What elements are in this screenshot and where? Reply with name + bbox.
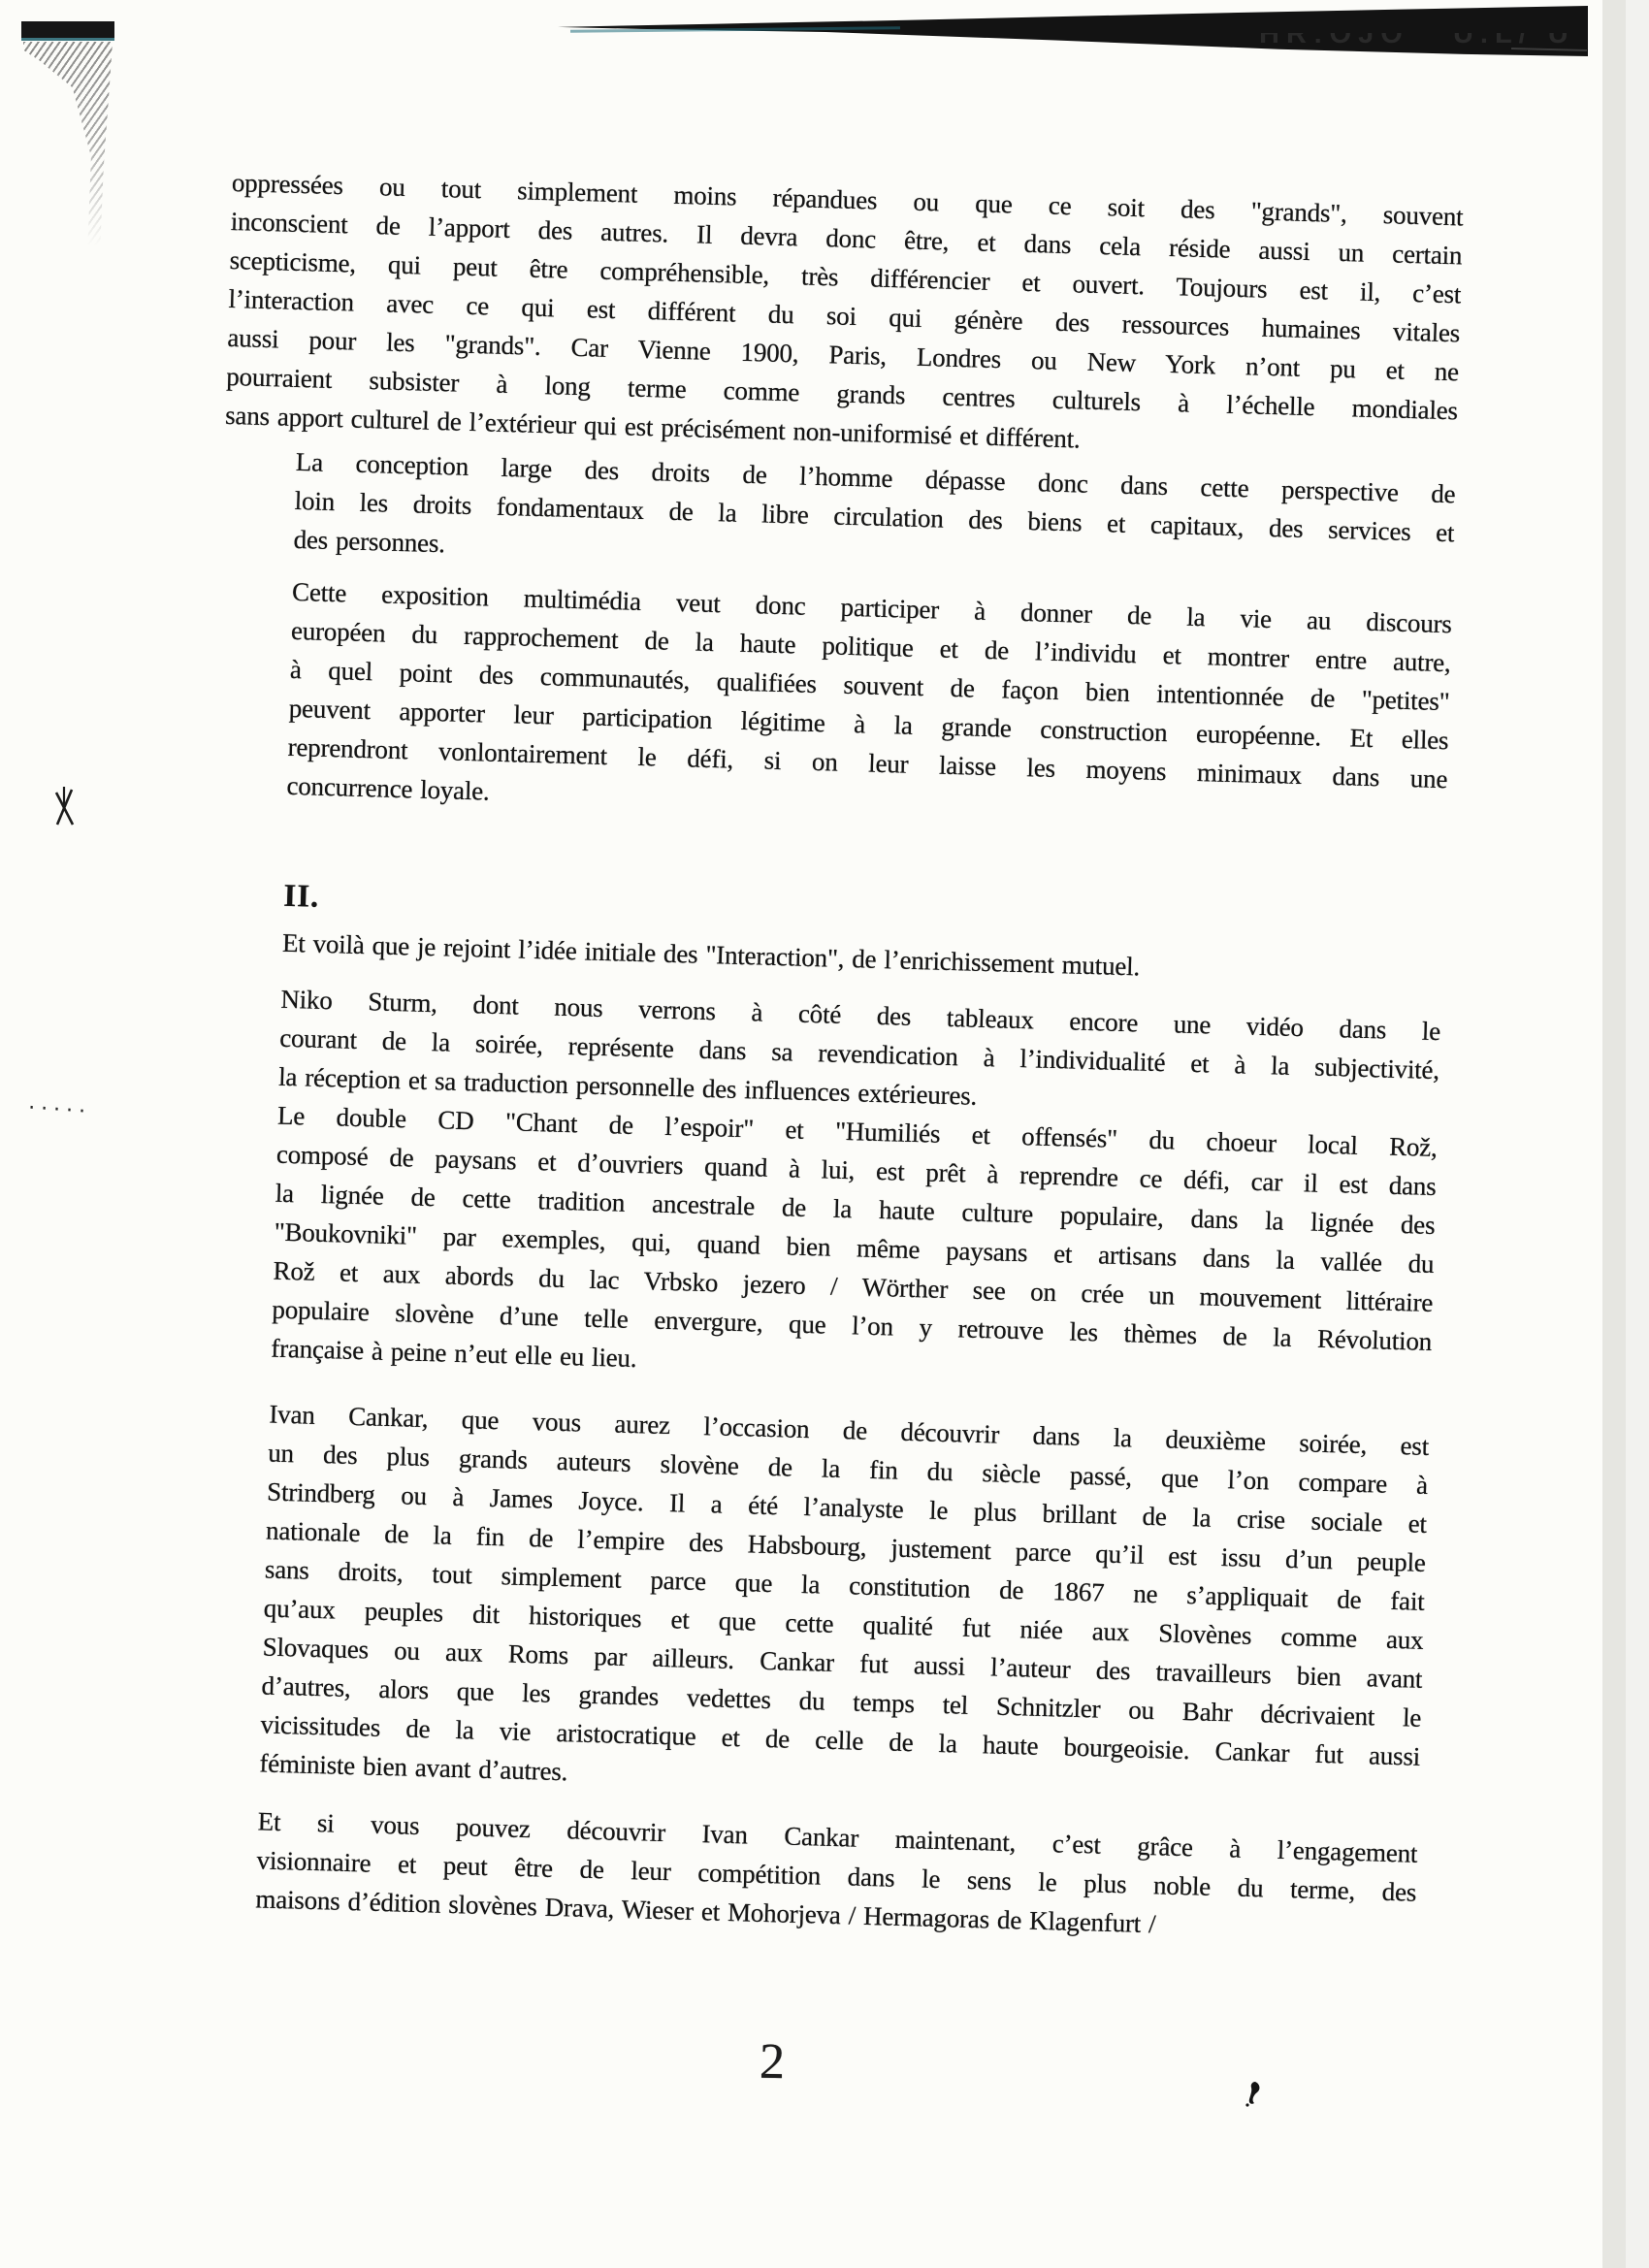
paragraph-1: oppressées ou tout simplement moins répa… [225,163,1464,469]
scanner-edge-band [1602,0,1626,2268]
page-number: 2 [759,2033,785,2090]
document-text: oppressées ou tout simplement moins répa… [183,146,1464,1951]
copy-artifact-top-left [21,21,114,41]
scanner-edge-margin [1626,0,1649,2268]
paragraph-3: Cette exposition multimédia veut donc pa… [214,570,1452,837]
paragraph-7: Ivan Cankar, que vous aurez l’occasion d… [187,1392,1430,1814]
ink-blot-icon [1242,2080,1263,2114]
header-fragment-illegible: HR:OJO U.L/ U [1259,33,1594,56]
fold-smudge-artifact [23,42,113,250]
paragraph-6: Le double CD "Chant de l’espoir" et "Hum… [199,1094,1438,1400]
paragraph-8: Et si vous pouvez découvrir Ivan Cankar … [183,1799,1418,1950]
asterisk-mark-icon [51,786,77,831]
dotted-mark: ····· [27,1096,92,1124]
